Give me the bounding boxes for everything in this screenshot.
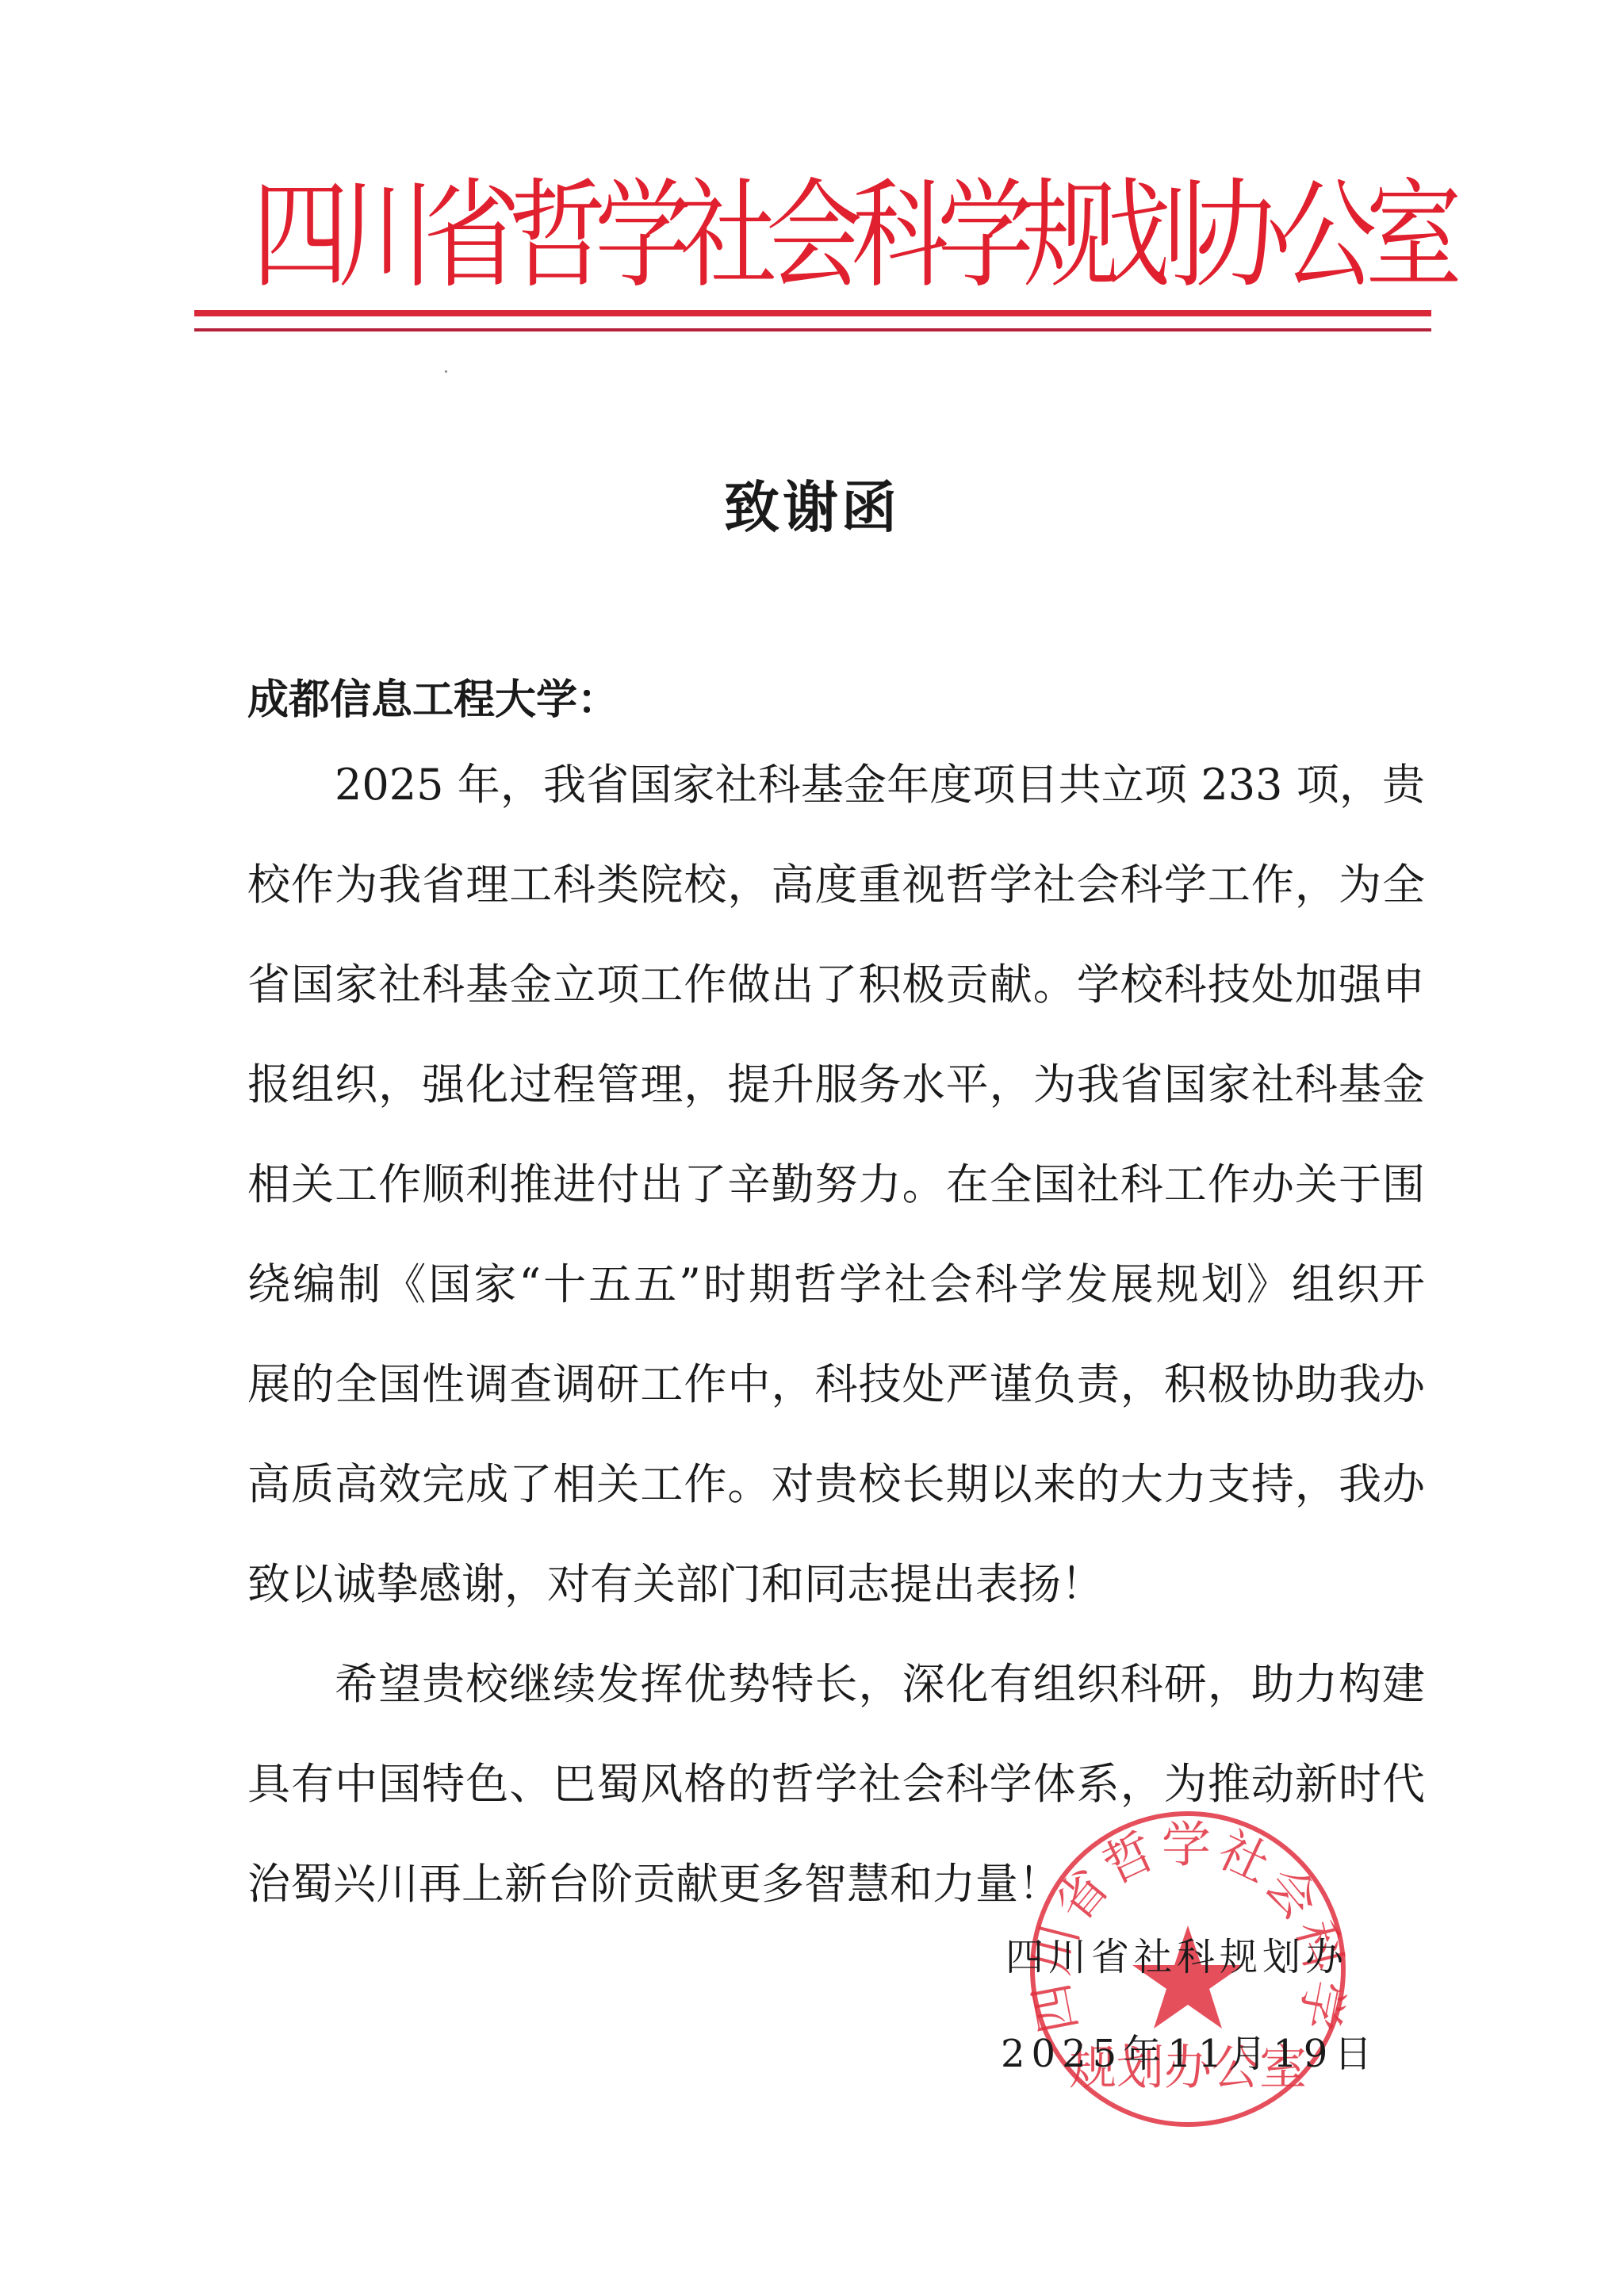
letterhead-char: 哲 (509, 163, 595, 308)
letterhead-char: 规 (1023, 163, 1109, 308)
paragraph-1: 2025 年，我省国家社科基金年度项目共立项 233 项，贵 校作为我省理工科类… (247, 753, 1425, 1653)
body-line: 绕编制《国家“十五五”时期哲学社会科学发展规划》组织开 (247, 1253, 1425, 1353)
document-title: 致谢函 (0, 472, 1624, 543)
body-line: 2025 年，我省国家社科基金年度项目共立项 233 项，贵 (247, 753, 1425, 853)
date: 2025年11月19日 (1001, 2026, 1378, 2082)
body-line: 致以诚挚感谢，对有关部门和同志提出表扬！ (247, 1553, 1425, 1653)
letterhead-char: 学 (595, 163, 680, 308)
letterhead-char: 会 (766, 163, 852, 308)
letter-body: 2025 年，我省国家社科基金年度项目共立项 233 项，贵 校作为我省理工科类… (247, 753, 1425, 1952)
letterhead-char: 办 (1194, 163, 1280, 308)
letterhead-char: 省 (423, 163, 509, 308)
letterhead-char: 四 (252, 163, 338, 308)
salutation: 成都信息工程大学： (247, 672, 619, 728)
scan-speck (445, 370, 447, 373)
letterhead-char: 学 (937, 163, 1023, 308)
body-line: 报组织，强化过程管理，提升服务水平，为我省国家社科基金 (247, 1053, 1425, 1153)
body-line: 校作为我省理工科类院校，高度重视哲学社会科学工作，为全 (247, 853, 1425, 953)
letterhead-title: 四 川 省 哲 学 社 会 科 学 规 划 办 公 室 (252, 176, 1378, 295)
body-line: 希望贵校继续发挥优势特长，深化有组织科研，助力构建 (247, 1653, 1425, 1753)
letterhead-char: 划 (1109, 163, 1194, 308)
letterhead-char: 公 (1280, 163, 1365, 308)
letterhead-char: 社 (680, 163, 766, 308)
body-line: 展的全国性调查调研工作中，科技处严谨负责，积极协助我办 (247, 1353, 1425, 1453)
body-line: 省国家社科基金立项工作做出了积极贡献。学校科技处加强申 (247, 953, 1425, 1053)
letterhead-rule-thick (194, 310, 1431, 316)
letterhead-char: 室 (1365, 163, 1451, 308)
body-line: 高质高效完成了相关工作。对贵校长期以来的大力支持，我办 (247, 1453, 1425, 1553)
body-line: 相关工作顺利推进付出了辛勤努力。在全国社科工作办关于围 (247, 1153, 1425, 1253)
letterhead-rule-thin (194, 328, 1431, 331)
letterhead-char: 科 (852, 163, 937, 308)
signature: 四川省社科规划办 (1005, 1929, 1348, 1985)
letterhead-char: 川 (338, 163, 423, 308)
